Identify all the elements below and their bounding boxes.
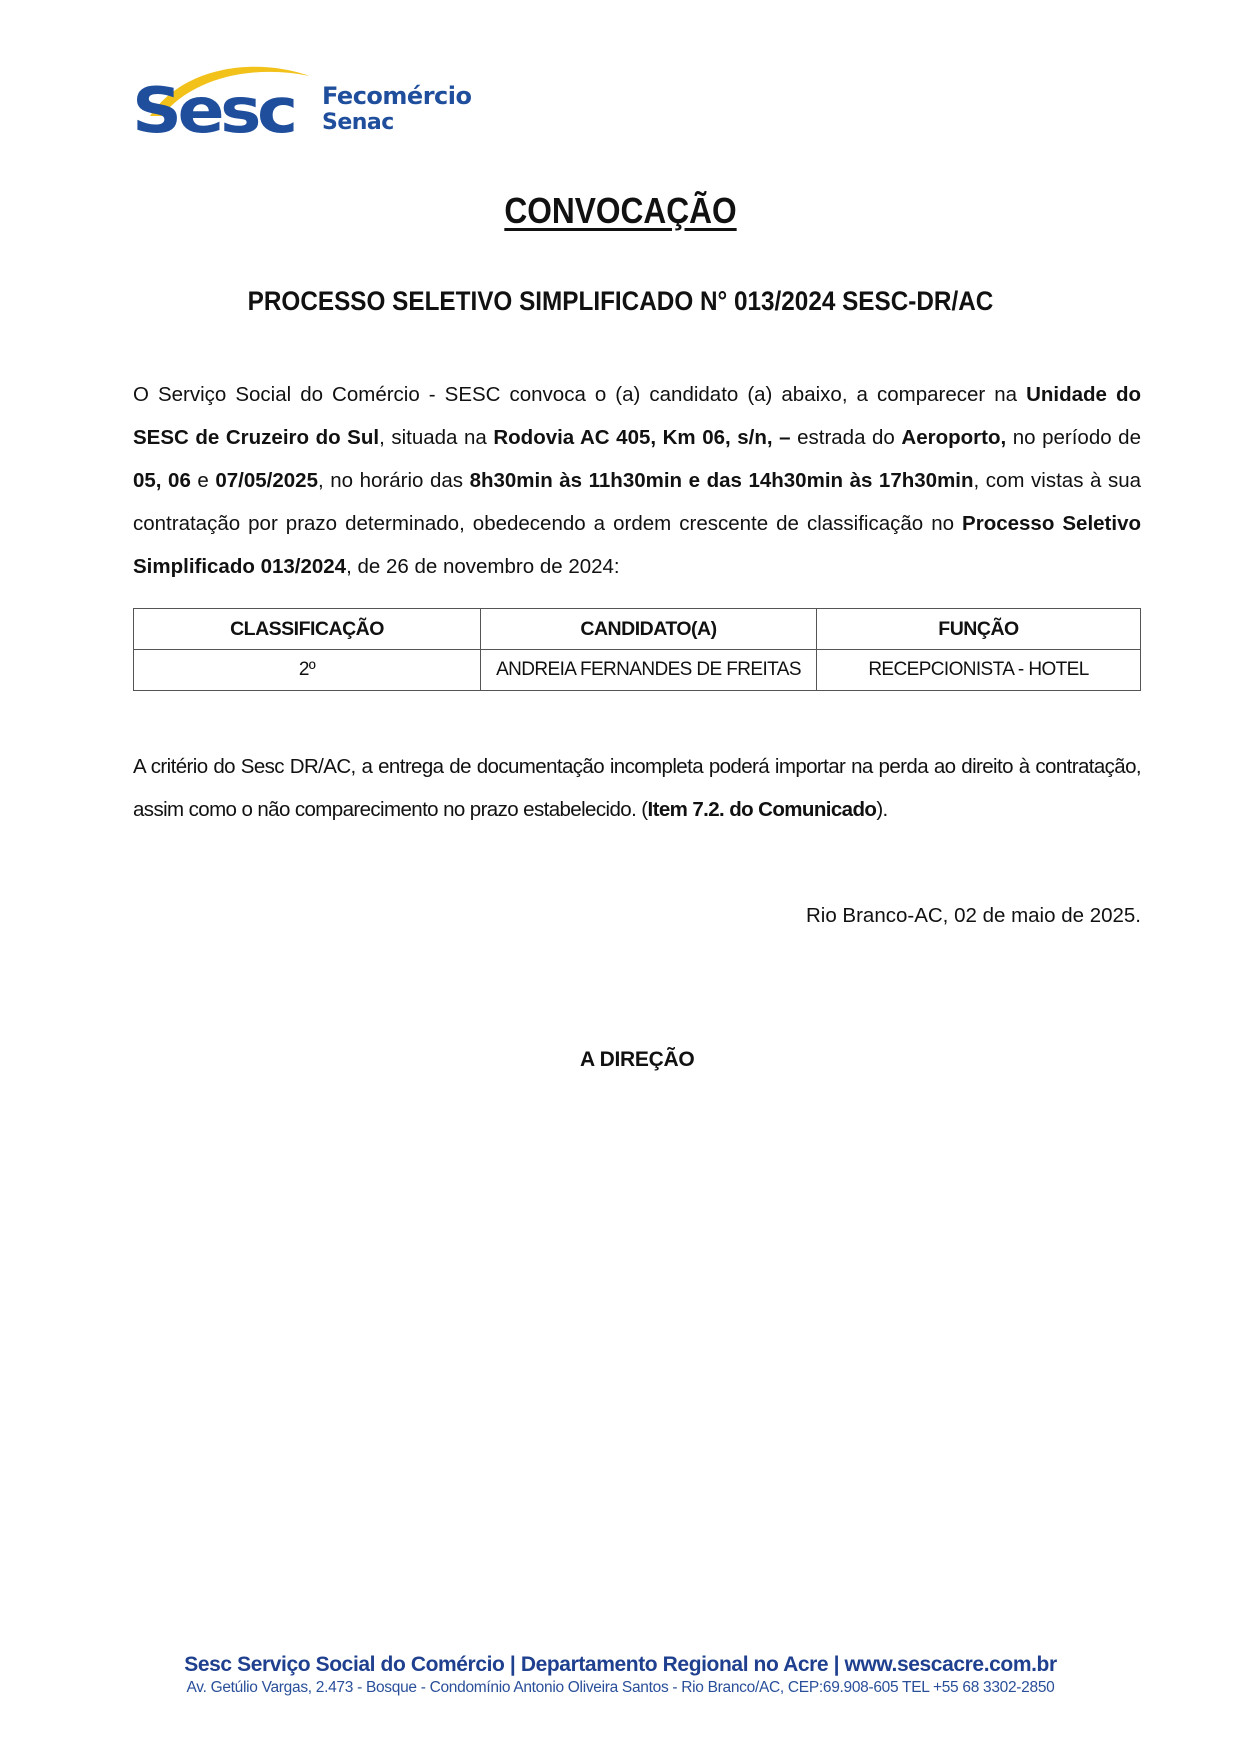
emphasized-text: Rodovia AC 405, Km 06, s/n, – <box>493 426 790 449</box>
paragraph-text: A critério do Sesc DR/AC, a entrega de d… <box>133 755 1141 821</box>
cell-funcao: RECEPCIONISTA - HOTEL <box>817 650 1141 691</box>
paragraph-text: , de 26 de novembro de 2024: <box>346 555 620 578</box>
paragraph-text: O Serviço Social do Comércio - SESC conv… <box>133 383 1026 406</box>
document-title: CONVOCAÇÃO <box>74 190 1166 232</box>
signature: A DIREÇÃO <box>580 1048 694 1072</box>
header-candidato: CANDIDATO(A) <box>481 609 817 650</box>
paragraph-text: estrada do <box>791 426 902 449</box>
cell-candidato: ANDREIA FERNANDES DE FREITAS <box>481 650 817 691</box>
footer: Sesc Serviço Social do Comércio | Depart… <box>0 1652 1241 1698</box>
table-header-row: CLASSIFICAÇÃO CANDIDATO(A) FUNÇÃO <box>134 609 1141 650</box>
paragraph-text: ). <box>876 798 887 821</box>
emphasized-text: 05, 06 <box>133 469 191 492</box>
emphasized-text: 8h30min às 11h30min e das 14h30min às 17… <box>470 469 974 492</box>
logo-fecomercio: Fecomércio <box>322 84 471 108</box>
sesc-fecomercio-senac-logo: Sesc Fecomércio Senac <box>132 58 492 148</box>
candidates-table: CLASSIFICAÇÃO CANDIDATO(A) FUNÇÃO 2º AND… <box>133 608 1141 691</box>
emphasized-text: Item 7.2. do Comunicado <box>648 798 877 821</box>
convocation-paragraph: O Serviço Social do Comércio - SESC conv… <box>133 373 1141 588</box>
logo-secondary: Fecomércio Senac <box>322 84 471 134</box>
header-classificacao: CLASSIFICAÇÃO <box>134 609 481 650</box>
table-row: 2º ANDREIA FERNANDES DE FREITAS RECEPCIO… <box>134 650 1141 691</box>
document-subtitle: PROCESSO SELETIVO SIMPLIFICADO N° 013/20… <box>62 286 1179 317</box>
footer-address-line: Av. Getúlio Vargas, 2.473 - Bosque - Con… <box>0 1678 1241 1698</box>
emphasized-text: 07/05/2025 <box>215 469 318 492</box>
logo-senac: Senac <box>322 112 471 134</box>
paragraph-text: , situada na <box>379 426 493 449</box>
cell-classificacao: 2º <box>134 650 481 691</box>
logo-sesc-wordmark: Sesc <box>132 80 294 142</box>
footer-organization-line: Sesc Serviço Social do Comércio | Depart… <box>0 1652 1241 1678</box>
paragraph-text: e <box>191 469 216 492</box>
place-and-date: Rio Branco-AC, 02 de maio de 2025. <box>806 904 1141 928</box>
criteria-paragraph: A critério do Sesc DR/AC, a entrega de d… <box>133 745 1141 831</box>
emphasized-text: Aeroporto, <box>901 426 1006 449</box>
header-funcao: FUNÇÃO <box>817 609 1141 650</box>
paragraph-text: , no horário das <box>318 469 470 492</box>
paragraph-text: no período de <box>1006 426 1141 449</box>
